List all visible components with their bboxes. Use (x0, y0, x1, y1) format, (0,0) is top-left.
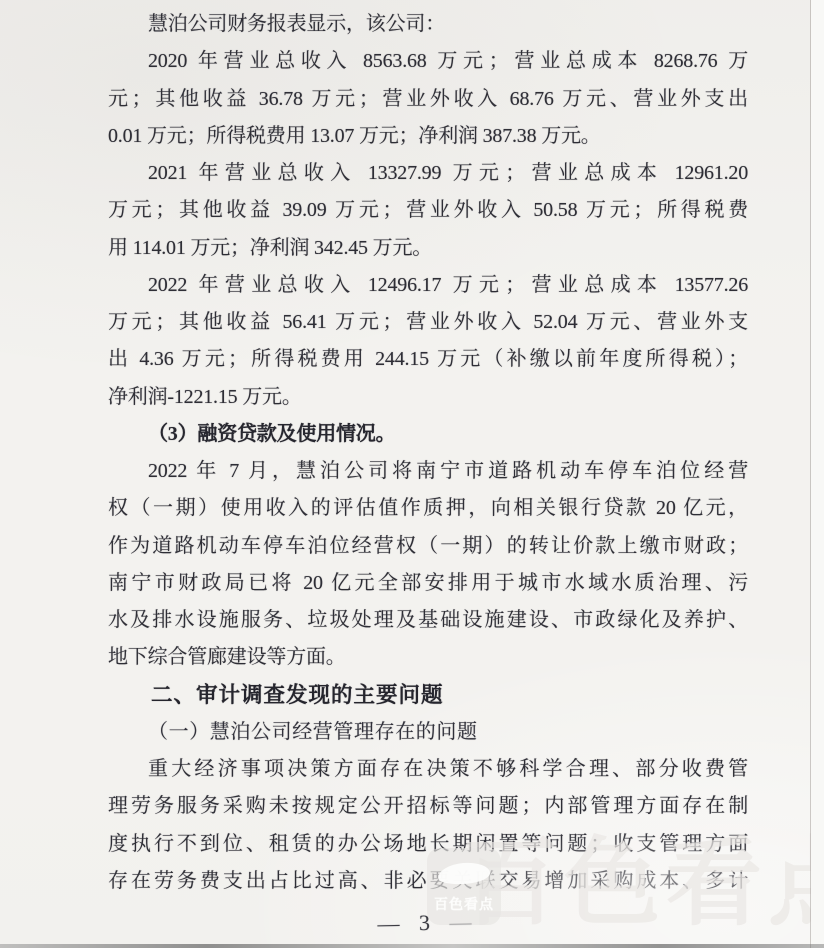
watermark-large-text: 百色看点 (462, 836, 824, 932)
text-line: 净利润-1221.15 万元。 (108, 379, 748, 416)
text-line: 南宁市财政局已将 20 亿元全部安排用于城市水域水质治理、污 (108, 565, 748, 602)
scan-edge-line (810, 0, 811, 948)
watermark-badge-label: 百色看点 (427, 894, 501, 914)
text-line: 出 4.36 万元；所得税费用 244.15 万元（补缴以前年度所得税）； (108, 341, 748, 378)
scanned-document-page: 慧泊公司财务报表显示，该公司：2020 年营业总收入 8563.68 万元；营业… (0, 0, 824, 948)
text-line: （一）慧泊公司经营管理存在的问题 (108, 714, 748, 751)
text-line: 水及排水设施服务、垃圾处理及基础设施建设、市政绿化及养护、 (108, 602, 748, 639)
watermark-logo-icon (437, 861, 491, 886)
text-line: （3）融资贷款及使用情况。 (108, 416, 748, 453)
text-line: 2022 年 7 月，慧泊公司将南宁市道路机动车停车泊位经营 (108, 453, 748, 490)
text-line: 作为道路机动车停车泊位经营权（一期）的转让价款上缴市财政； (108, 528, 748, 565)
text-line: 慧泊公司财务报表显示，该公司： (108, 6, 748, 43)
text-line: 万元；其他收益 39.09 万元；营业外收入 50.58 万元；所得税费 (108, 192, 748, 229)
watermark-badge: 百色看点 (427, 848, 501, 925)
text-line: 元；其他收益 36.78 万元；营业外收入 68.76 万元、营业外支出 (108, 81, 748, 118)
scan-right-margin (811, 0, 824, 948)
text-line: 二、审计调查发现的主要问题 (108, 677, 748, 714)
document-text: 慧泊公司财务报表显示，该公司：2020 年营业总收入 8563.68 万元；营业… (108, 6, 748, 900)
text-line: 地下综合管廊建设等方面。 (108, 639, 748, 676)
text-line: 权（一期）使用收入的评估值作质押，向相关银行贷款 20 亿元， (108, 490, 748, 527)
text-line: 用 114.01 万元；净利润 342.45 万元。 (108, 230, 748, 267)
scan-bottom-shadow (0, 944, 824, 948)
text-line: 理劳务服务采购未按规定公开招标等问题；内部管理方面存在制 (108, 788, 748, 825)
text-line: 2020 年营业总收入 8563.68 万元；营业总成本 8268.76 万 (108, 43, 748, 80)
text-line: 2022 年营业总收入 12496.17 万元；营业总成本 13577.26 (108, 267, 748, 304)
text-line: 2021 年营业总收入 13327.99 万元；营业总成本 12961.20 (108, 155, 748, 192)
text-line: 重大经济事项决策方面存在决策不够科学合理、部分收费管 (108, 751, 748, 788)
text-line: 万元；其他收益 56.41 万元；营业外收入 52.04 万元、营业外支 (108, 304, 748, 341)
text-line: 0.01 万元；所得税费用 13.07 万元；净利润 387.38 万元。 (108, 118, 748, 155)
